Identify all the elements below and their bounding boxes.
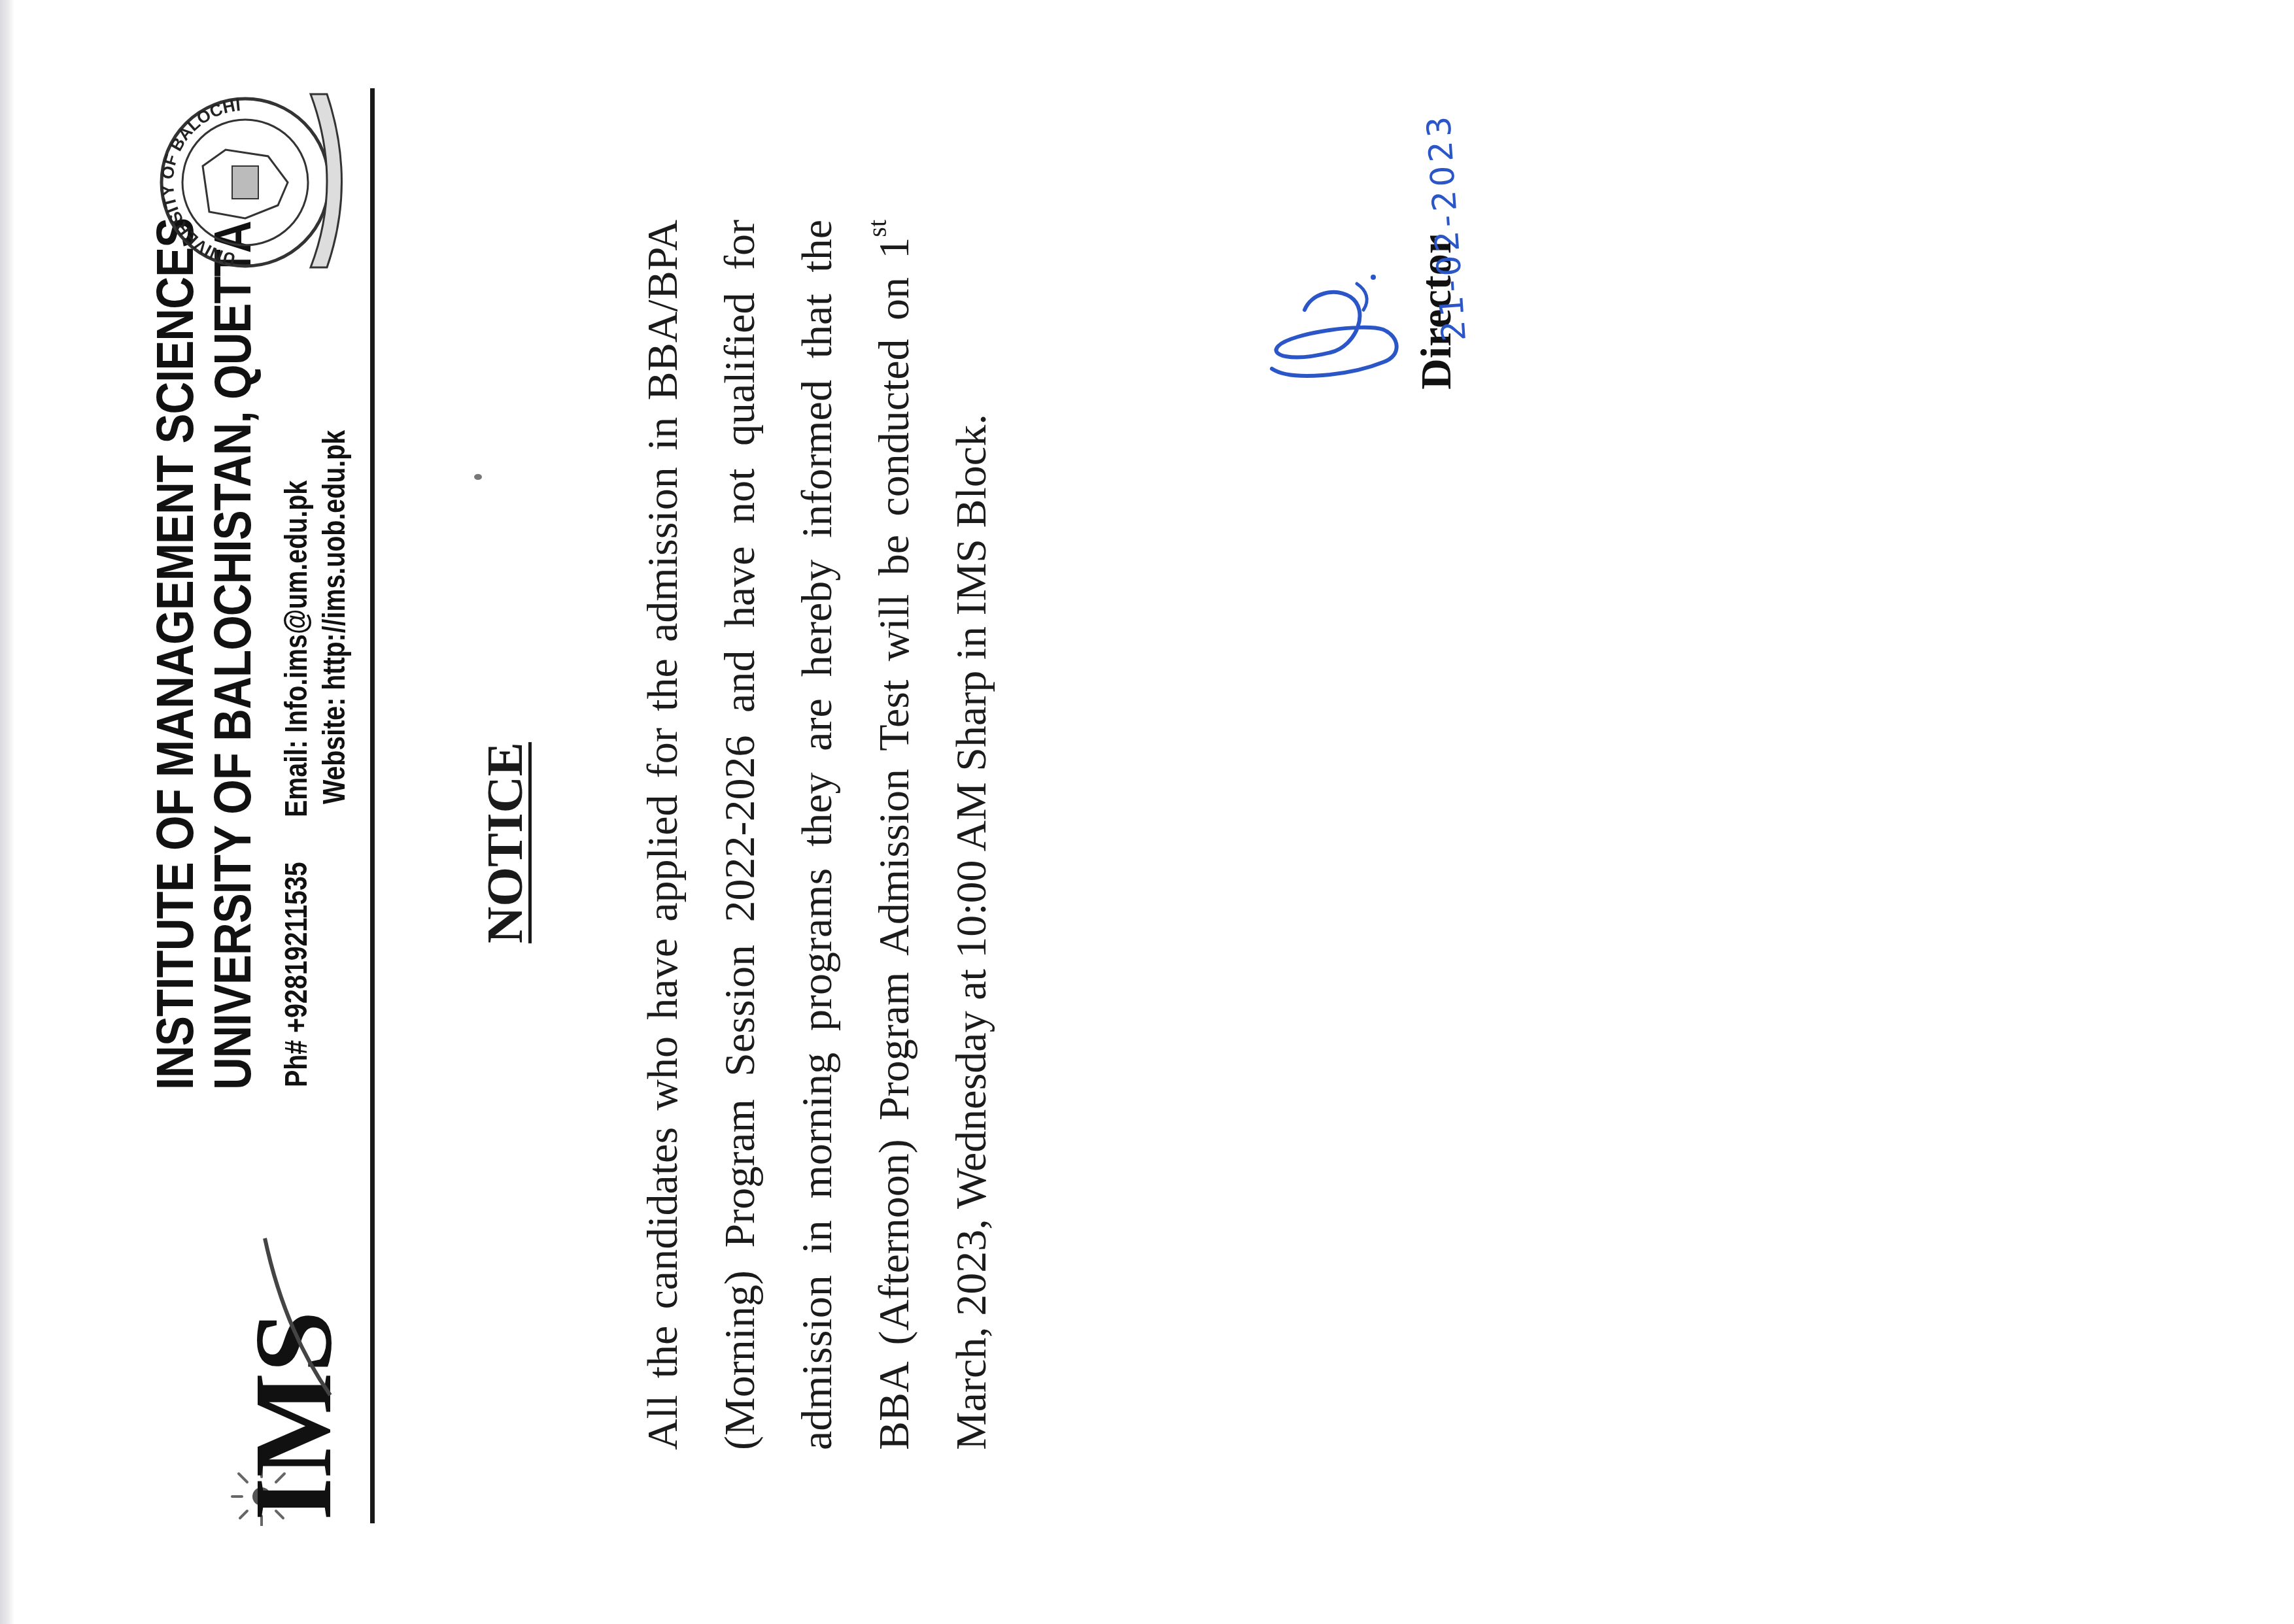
notice-body: All the candidates who have applied for … [625,220,1010,1450]
ims-letters: IMS [231,1311,337,1521]
scan-speck [474,474,482,480]
ims-logo: IMS [134,1219,337,1526]
institute-name: INSTITUTE OF MANAGEMENT SCIENCES [149,218,201,1090]
email-address[interactable]: Email: Info.ims@um.edu.pk [280,481,314,817]
signature-icon [1252,264,1409,408]
body-text-main: All the candidates who have applied for … [639,220,918,1450]
phone-number: Ph# +92819211535 [280,862,314,1087]
notice-page: IMS INSTITUTE OF MANAGEMENT SCIENCES UNI… [0,0,2294,1624]
university-seal-icon: UNIVERSITY OF BALOCHISTAN [147,81,343,280]
header-divider [370,88,375,1523]
notice-title: NOTICE [479,728,531,957]
ordinal-suffix: st [863,220,892,237]
university-name: UNIVERSITY OF BALOCHISTAN, QUETTA [207,221,259,1090]
website-link[interactable]: Website: http://ims.uob.edu.pk [318,430,352,804]
body-text-end: March, 2023, Wednesday at 10:00 AM Sharp… [948,414,995,1450]
